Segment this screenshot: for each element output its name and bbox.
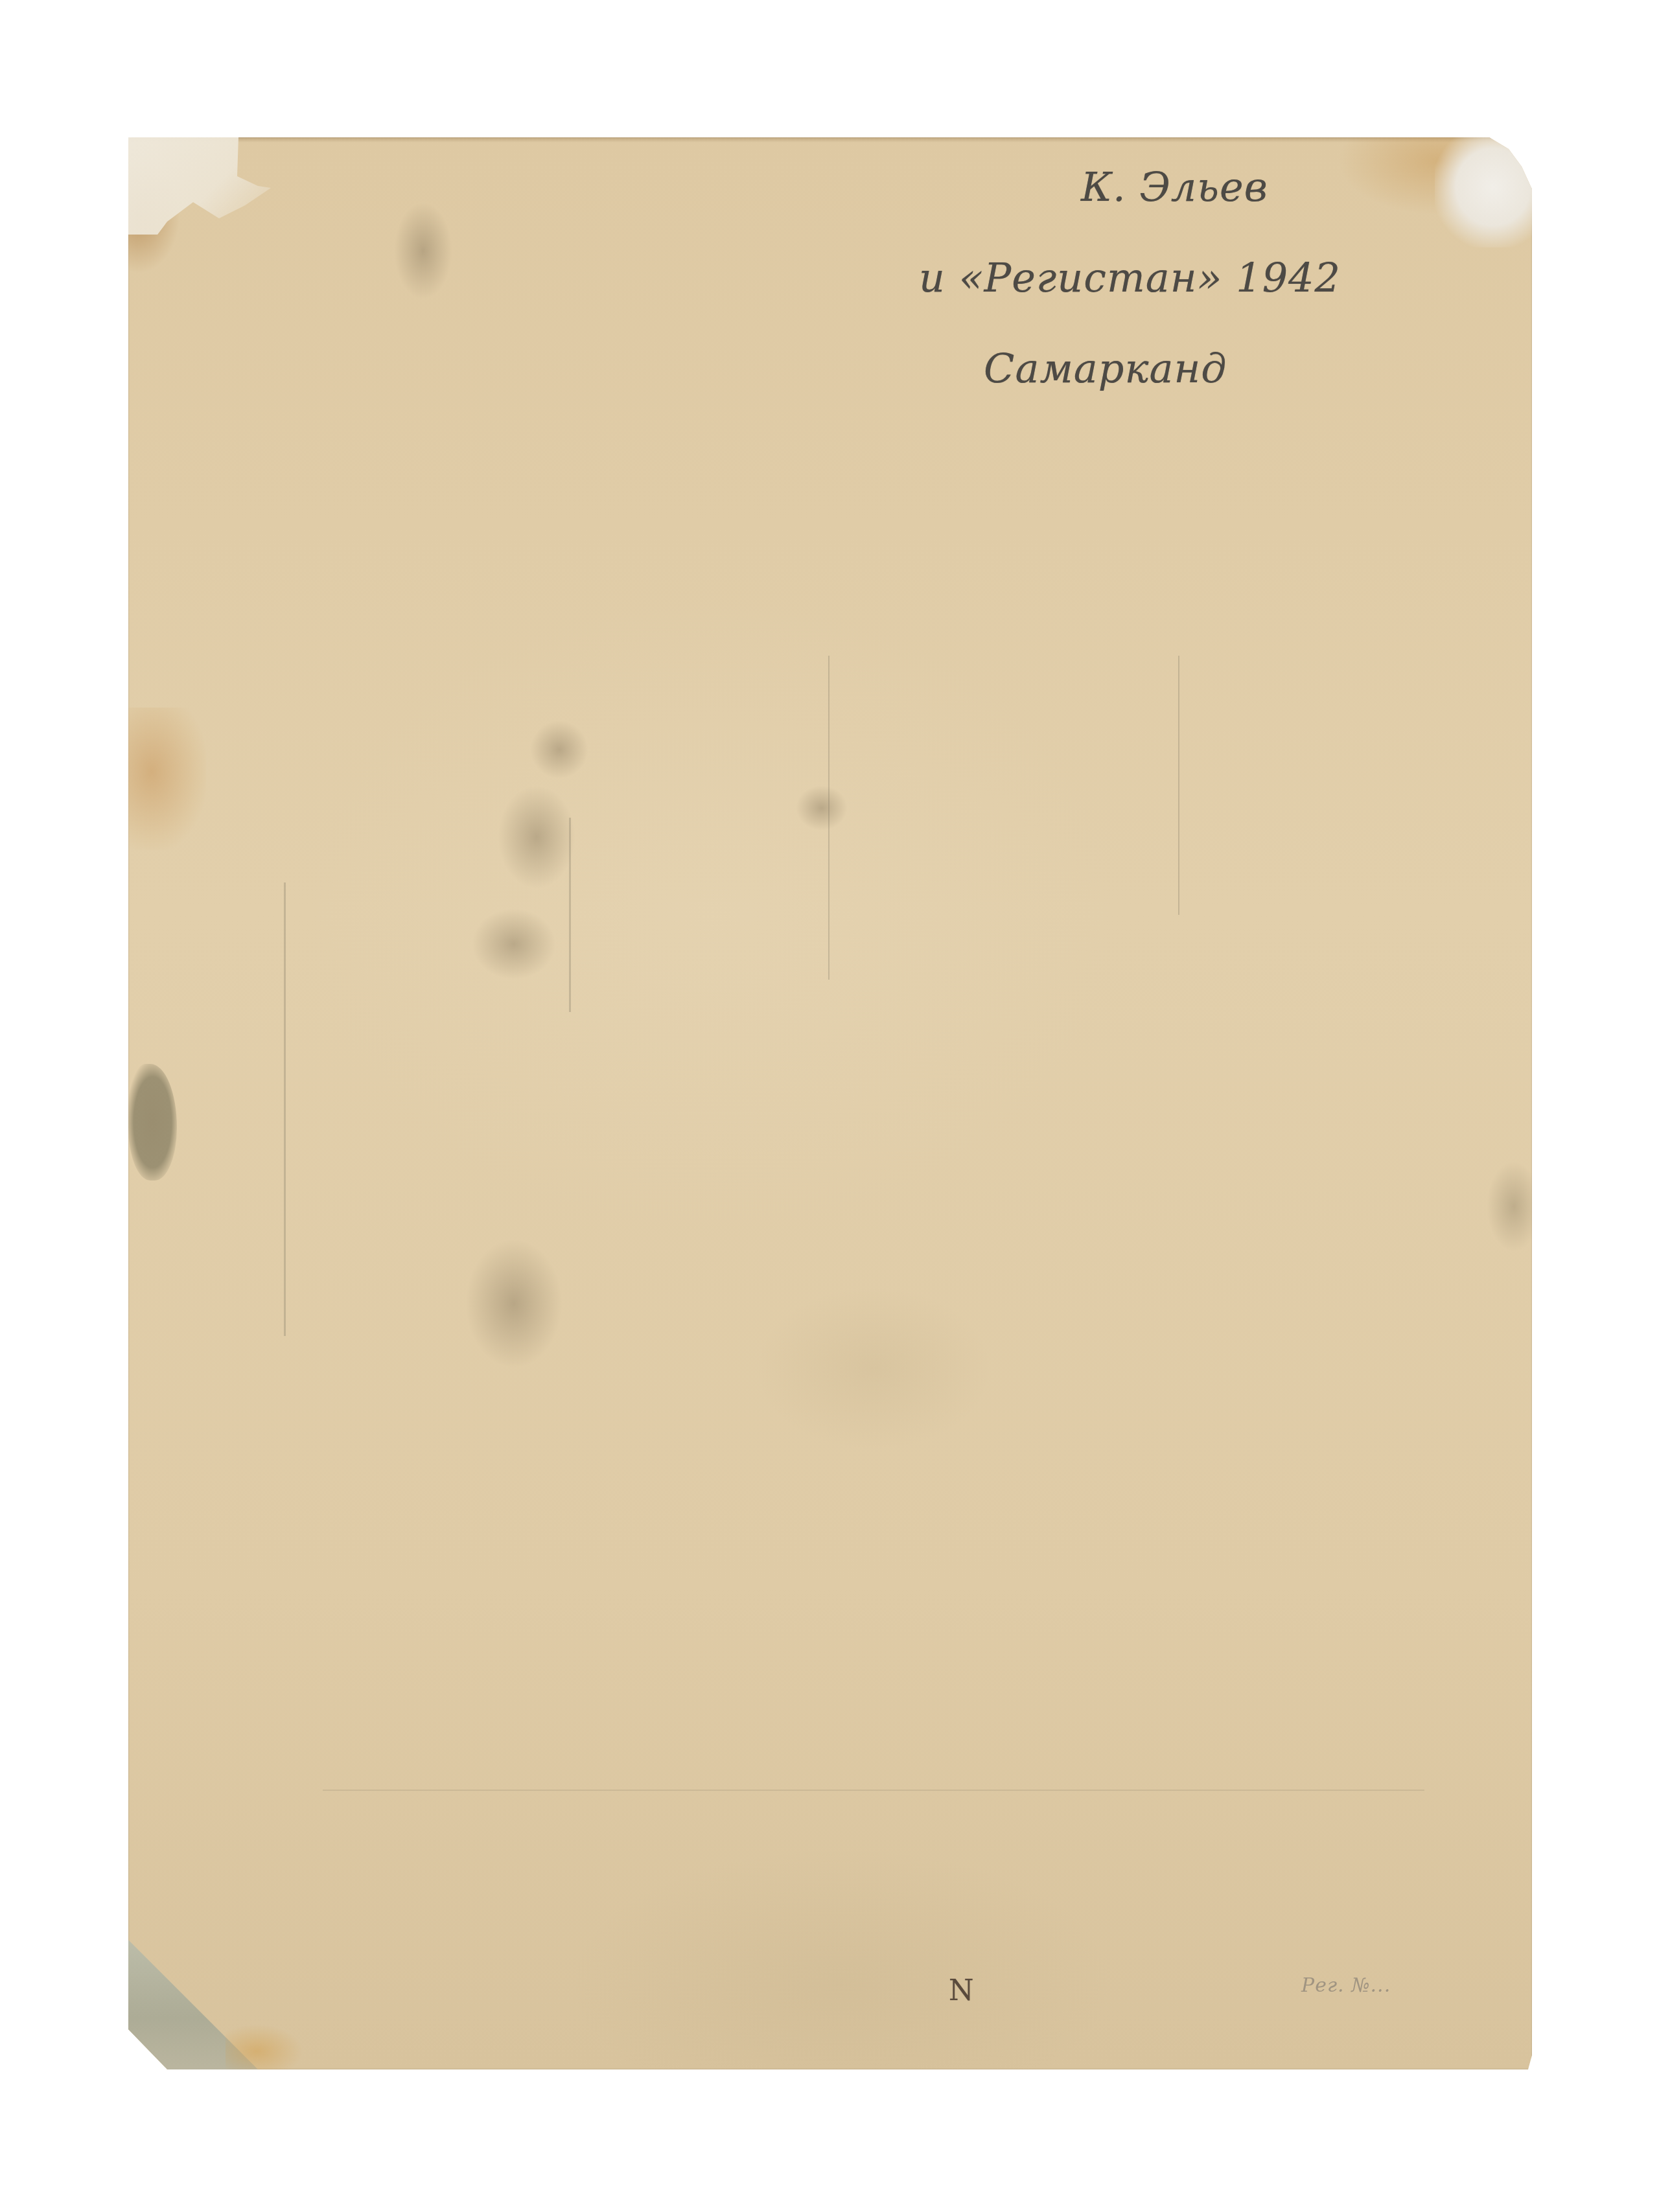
sketch-smudge bbox=[796, 785, 848, 831]
sketch-line bbox=[323, 1790, 1424, 1791]
inscription-registration-number: Рег. №... bbox=[1301, 1974, 1391, 1997]
sketch-smudge bbox=[530, 720, 588, 779]
tape-remnant-bottom-left bbox=[128, 1940, 258, 2069]
sketch-smudge bbox=[394, 202, 452, 299]
sketch-smudge bbox=[472, 908, 556, 980]
stain-right-edge bbox=[1487, 1161, 1532, 1252]
inscription-title-year: и «Регистан» 1942 bbox=[919, 254, 1341, 301]
sketch-smudge bbox=[498, 785, 575, 889]
inscription-location: Самарканд bbox=[984, 345, 1227, 392]
inscription-mark: N bbox=[949, 1974, 975, 2007]
sketch-line bbox=[284, 882, 286, 1336]
sketch-line bbox=[1178, 656, 1179, 915]
paper-sheet: К. Эльев и «Регистан» 1942 Самарканд N Р… bbox=[128, 137, 1532, 2069]
rust-stain-top-right bbox=[1338, 137, 1506, 215]
sketch-line bbox=[828, 656, 829, 980]
tape-remnant-top-left bbox=[128, 137, 277, 235]
rust-stain-bottom-left bbox=[226, 2024, 303, 2069]
rust-stain-top-left bbox=[128, 157, 180, 273]
sketch-line bbox=[569, 818, 571, 1012]
water-stain-left-edge bbox=[128, 708, 206, 850]
inscription-artist-name: К. Эльев bbox=[1081, 163, 1268, 211]
sketch-smudge bbox=[465, 1239, 563, 1368]
grey-stain-left-edge bbox=[128, 1064, 177, 1181]
tape-remnant-top-right bbox=[1435, 137, 1532, 248]
